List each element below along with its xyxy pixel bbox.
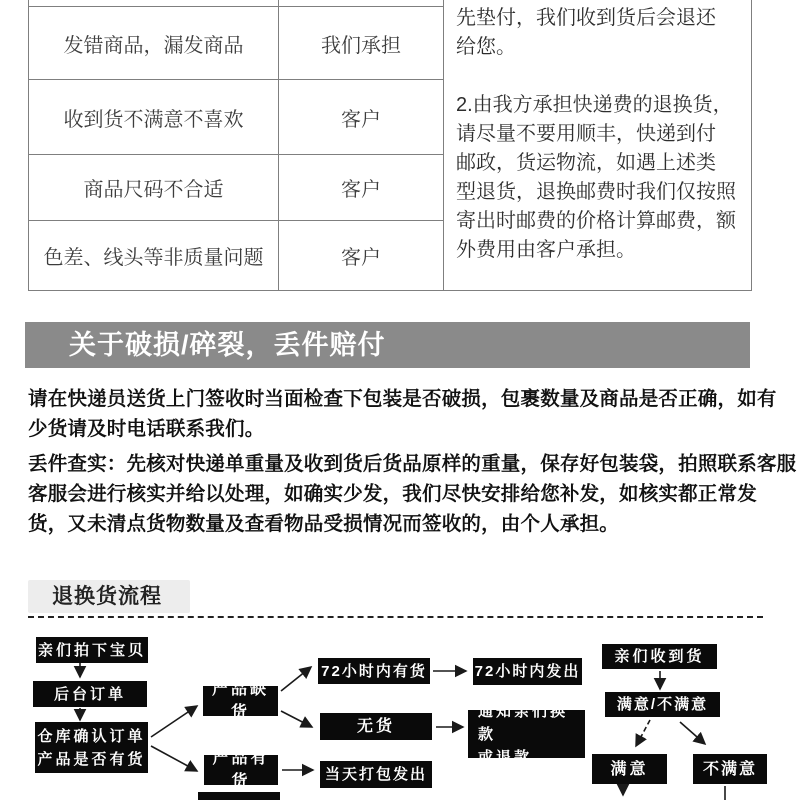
flow-node-received: 亲们收到货 xyxy=(602,644,717,669)
flow-node-cutoff-stub xyxy=(198,792,280,800)
reason-cell: 收到货不满意不喜欢 xyxy=(29,80,279,155)
flow-node-backend-order: 后台订单 xyxy=(33,681,147,707)
payer-cell: 客户 xyxy=(279,80,444,155)
payer-cell: 客户 xyxy=(279,221,444,291)
flow-node-in-stock: 产品有货 xyxy=(204,755,278,785)
arrow-outofstock-to-stock72 xyxy=(281,667,311,691)
reason-cell: 商品尺码不合适 xyxy=(29,155,279,221)
arrow-satornot-to-satisfied xyxy=(636,720,650,746)
arrow-satornot-to-unsatisfied xyxy=(680,722,705,744)
flow-node-same-day-ship: 当天打包发出 xyxy=(320,761,432,788)
flow-node-no-stock: 无货 xyxy=(320,713,432,740)
arrow-warehouse-to-outofstock xyxy=(151,706,197,737)
flow-node-stock-within-72h: 72小时内有货 xyxy=(318,658,430,684)
arrow-outofstock-to-nostock xyxy=(281,711,312,727)
flow-node-satisfied: 满意 xyxy=(592,754,667,784)
damage-section-header: 关于破损/碎裂，丢件赔付 xyxy=(25,322,750,368)
damage-paragraph-inspection: 请在快递员送货上门签收时当面检查下包装是否破损，包裹数量及商品是否正确，如有 少… xyxy=(28,384,798,444)
flow-node-satisfied-or-not: 满意/不满意 xyxy=(605,692,720,717)
return-policy-page: 先垫付，我们收到货后会退还 给您。 2.由我方承担快递费的退换货， 请尽量不要用… xyxy=(0,0,800,800)
damage-paragraph-lost-verification: 丢件查实：先核对快递单重量及收到货后货品原样的重量，保存好包装袋，拍照联系客服 … xyxy=(28,449,798,539)
shipping-fee-table: 先垫付，我们收到货后会退还 给您。 2.由我方承担快递费的退换货， 请尽量不要用… xyxy=(28,0,752,291)
damage-section-title: 关于破损/碎裂，丢件赔付 xyxy=(25,322,750,369)
payer-cell: 我们承担 xyxy=(279,7,444,80)
arrow-warehouse-to-instock xyxy=(151,746,197,771)
flow-node-ship-within-72h: 72小时内发出 xyxy=(473,658,582,685)
payer-cell: 客户 xyxy=(279,155,444,221)
return-flowchart: 亲们拍下宝贝 后台订单 仓库确认订单 产品是否有货 产品缺货 产品有货 72小时… xyxy=(0,630,800,800)
reason-cell: 发错商品，漏发商品 xyxy=(29,7,279,80)
flow-node-out-of-stock: 产品缺货 xyxy=(203,686,278,716)
flow-node-unsatisfied: 不满意 xyxy=(693,754,767,784)
flow-node-notify-exchange-refund: 通知亲们换款 或退款 xyxy=(468,710,585,758)
dashed-divider xyxy=(28,616,763,618)
flow-node-order: 亲们拍下宝贝 xyxy=(36,637,148,663)
flow-section-title: 退换货流程 xyxy=(28,580,190,613)
reason-cell: 色差、线头等非质量问题 xyxy=(29,221,279,291)
flow-node-warehouse-check: 仓库确认订单 产品是否有货 xyxy=(35,722,148,773)
table-note-cell: 先垫付，我们收到货后会退还 给您。 2.由我方承担快递费的退换货， 请尽量不要用… xyxy=(444,0,752,291)
